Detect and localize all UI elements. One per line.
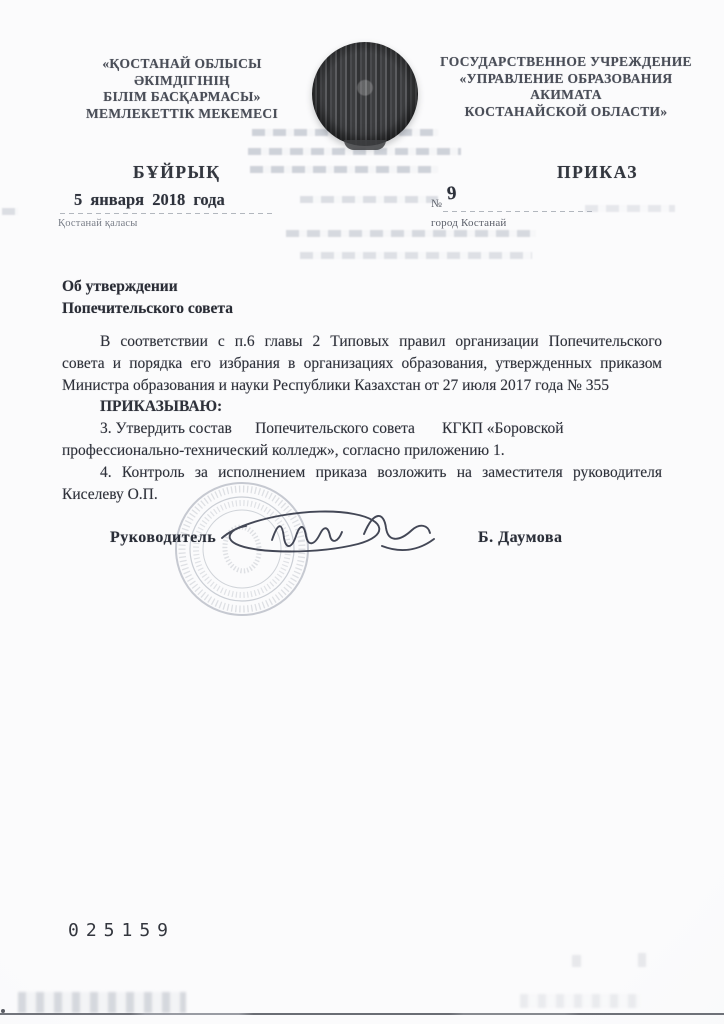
- number-underline: [443, 211, 593, 212]
- order-date: 5 января 2018 года: [74, 190, 225, 210]
- org-line: «ҚОСТАНАЙ ОБЛЫСЫ: [56, 56, 308, 73]
- scan-smudge: [18, 992, 186, 1013]
- org-line: ГОСУДАРСТВЕННОЕ УЧРЕЖДЕНИЕ: [420, 54, 712, 71]
- order-body: В соответствии с п.6 главы 2 Типовых пра…: [62, 331, 662, 505]
- kazakhstan-state-emblem-icon: [312, 42, 418, 146]
- org-line: МЕМЛЕКЕТТІК МЕКЕМЕСІ: [56, 106, 308, 123]
- order-number-handwritten: 9: [446, 183, 457, 206]
- org-line: «УПРАВЛЕНИЕ ОБРАЗОВАНИЯ: [420, 71, 712, 88]
- order-title-kazakh: БҰЙРЫҚ: [133, 162, 220, 183]
- order-subject: Об утверждении Попечительского совета: [62, 276, 233, 320]
- scan-speck: [638, 953, 646, 967]
- body-line: совета и порядка его избрания в организа…: [62, 353, 662, 375]
- scan-smudge: [520, 994, 640, 1008]
- body-line-item-4: 4. Контроль за исполнением приказа возло…: [62, 462, 662, 484]
- signatory-role: Руководитель: [110, 529, 216, 547]
- blank-form-number: 025159: [68, 920, 175, 941]
- handwritten-signature: [216, 498, 454, 576]
- signatory-name: Б. Даумова: [478, 529, 563, 547]
- bleedthrough-text: [2, 208, 18, 215]
- bleedthrough-text: [300, 252, 532, 259]
- org-line: АКИМАТА: [420, 87, 712, 104]
- org-line: БІЛІМ БАСҚАРМАСЫ»: [56, 89, 308, 106]
- bleedthrough-text: [250, 166, 438, 173]
- org-line: ӘКІМДІГІНІҢ: [56, 73, 308, 90]
- issuing-org-russian: ГОСУДАРСТВЕННОЕ УЧРЕЖДЕНИЕ «УПРАВЛЕНИЕ О…: [420, 54, 712, 120]
- bleedthrough-text: [585, 205, 675, 212]
- body-line: профессионально-технический колледж», со…: [62, 440, 662, 462]
- body-line-prikazyvayu: ПРИКАЗЫВАЮ:: [62, 396, 662, 418]
- issuing-org-kazakh: «ҚОСТАНАЙ ОБЛЫСЫ ӘКІМДІГІНІҢ БІЛІМ БАСҚА…: [56, 56, 308, 122]
- order-title-russian: ПРИКАЗ: [557, 162, 638, 183]
- body-line: Министра образования и науки Республики …: [62, 375, 662, 397]
- bleedthrough-text: [286, 230, 536, 237]
- subject-line: Об утверждении: [62, 276, 233, 298]
- place-label-kazakh: Қостанай қаласы: [58, 218, 138, 229]
- date-underline: [60, 213, 272, 214]
- place-label-russian: город Костанай: [431, 217, 507, 229]
- bleedthrough-text: [300, 196, 438, 203]
- scan-speck: [572, 955, 581, 967]
- org-line: КОСТАНАЙСКОЙ ОБЛАСТИ»: [420, 104, 712, 121]
- scanned-order-document: «ҚОСТАНАЙ ОБЛЫСЫ ӘКІМДІГІНІҢ БІЛІМ БАСҚА…: [0, 0, 724, 1024]
- number-sign: №: [431, 198, 442, 210]
- scan-edge-line: [0, 1013, 724, 1015]
- body-line-item-3: 3. Утвердить состав Попечительского сове…: [62, 418, 662, 440]
- subject-line: Попечительского совета: [62, 298, 233, 320]
- body-line: В соответствии с п.6 главы 2 Типовых пра…: [62, 331, 662, 353]
